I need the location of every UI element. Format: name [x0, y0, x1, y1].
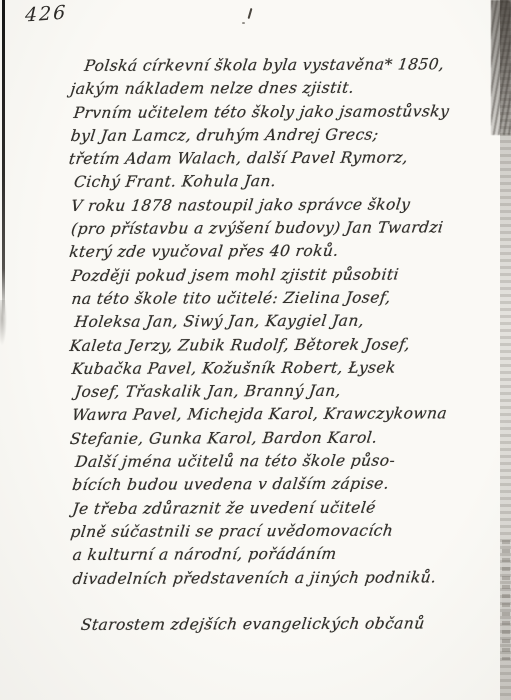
handwritten-line: Stefanie, Gunka Karol, Bardon Karol. [68, 428, 511, 453]
handwritten-line: Starostem zdejších evangelických občanů [69, 614, 511, 639]
handwritten-line: Další jména učitelů na této škole půso- [74, 451, 511, 476]
handwritten-line: na této škole tito učitelé: Zielina Jose… [70, 288, 511, 313]
handwritten-text-block: Polská církevní škola byla vystavěna* 18… [69, 55, 510, 639]
handwritten-line: a kulturní a národní, pořádáním [71, 544, 511, 569]
stray-ink-mark [248, 8, 253, 19]
scanned-page: 426 Polská církevní škola byla vystavěna… [0, 0, 511, 700]
handwritten-line: Je třeba zdůraznit že uvedení učitelé [71, 498, 511, 523]
handwritten-line: (pro přístavbu a zvýšení budovy) Jan Twa… [70, 218, 511, 243]
handwritten-line: byl Jan Lamcz, druhým Andrej Grecs; [69, 125, 510, 150]
handwritten-line: bících budou uvedena v dalším zápise. [71, 474, 511, 499]
handwritten-line: Prvním učitelem této školy jako jsamostů… [72, 102, 510, 127]
handwritten-line: V roku 1878 nastoupil jako správce školy [69, 195, 510, 220]
handwritten-line: Wawra Pavel, Michejda Karol, Krawczykown… [70, 404, 511, 429]
handwritten-line: Josef, Třaskalik Jan, Branný Jan, [73, 381, 511, 406]
handwritten-line: který zde vyučoval přes 40 roků. [68, 241, 511, 266]
handwritten-line: divadelních představeních a jiných podni… [71, 568, 511, 593]
handwritten-line: Polská církevní škola byla vystavěna* 18… [67, 55, 510, 80]
handwritten-line: Kubačka Pavel, Kožušník Robert, Łysek [70, 358, 511, 383]
handwritten-line: Kaleta Jerzy, Zubik Rudolf, Bětorek Jose… [68, 335, 511, 360]
blank-line [74, 591, 511, 616]
handwritten-line: plně súčastnili se prací uvědomovacích [69, 521, 511, 546]
handwritten-line: Cichý Frant. Kohula Jan. [72, 172, 510, 197]
handwritten-line: jakým nákladem nelze dnes zjistit. [69, 78, 510, 103]
left-edge-smudge [0, 300, 7, 346]
left-binding-edge [2, 0, 5, 316]
handwritten-line: Později pokud jsem mohl zjistit působiti [70, 265, 511, 290]
handwritten-line: Holeksa Jan, Siwý Jan, Kaygiel Jan, [73, 311, 511, 336]
handwritten-line: třetím Adam Walach, další Pavel Rymorz, [67, 148, 510, 173]
stray-ink-dot [242, 22, 245, 24]
page-number: 426 [25, 1, 68, 26]
